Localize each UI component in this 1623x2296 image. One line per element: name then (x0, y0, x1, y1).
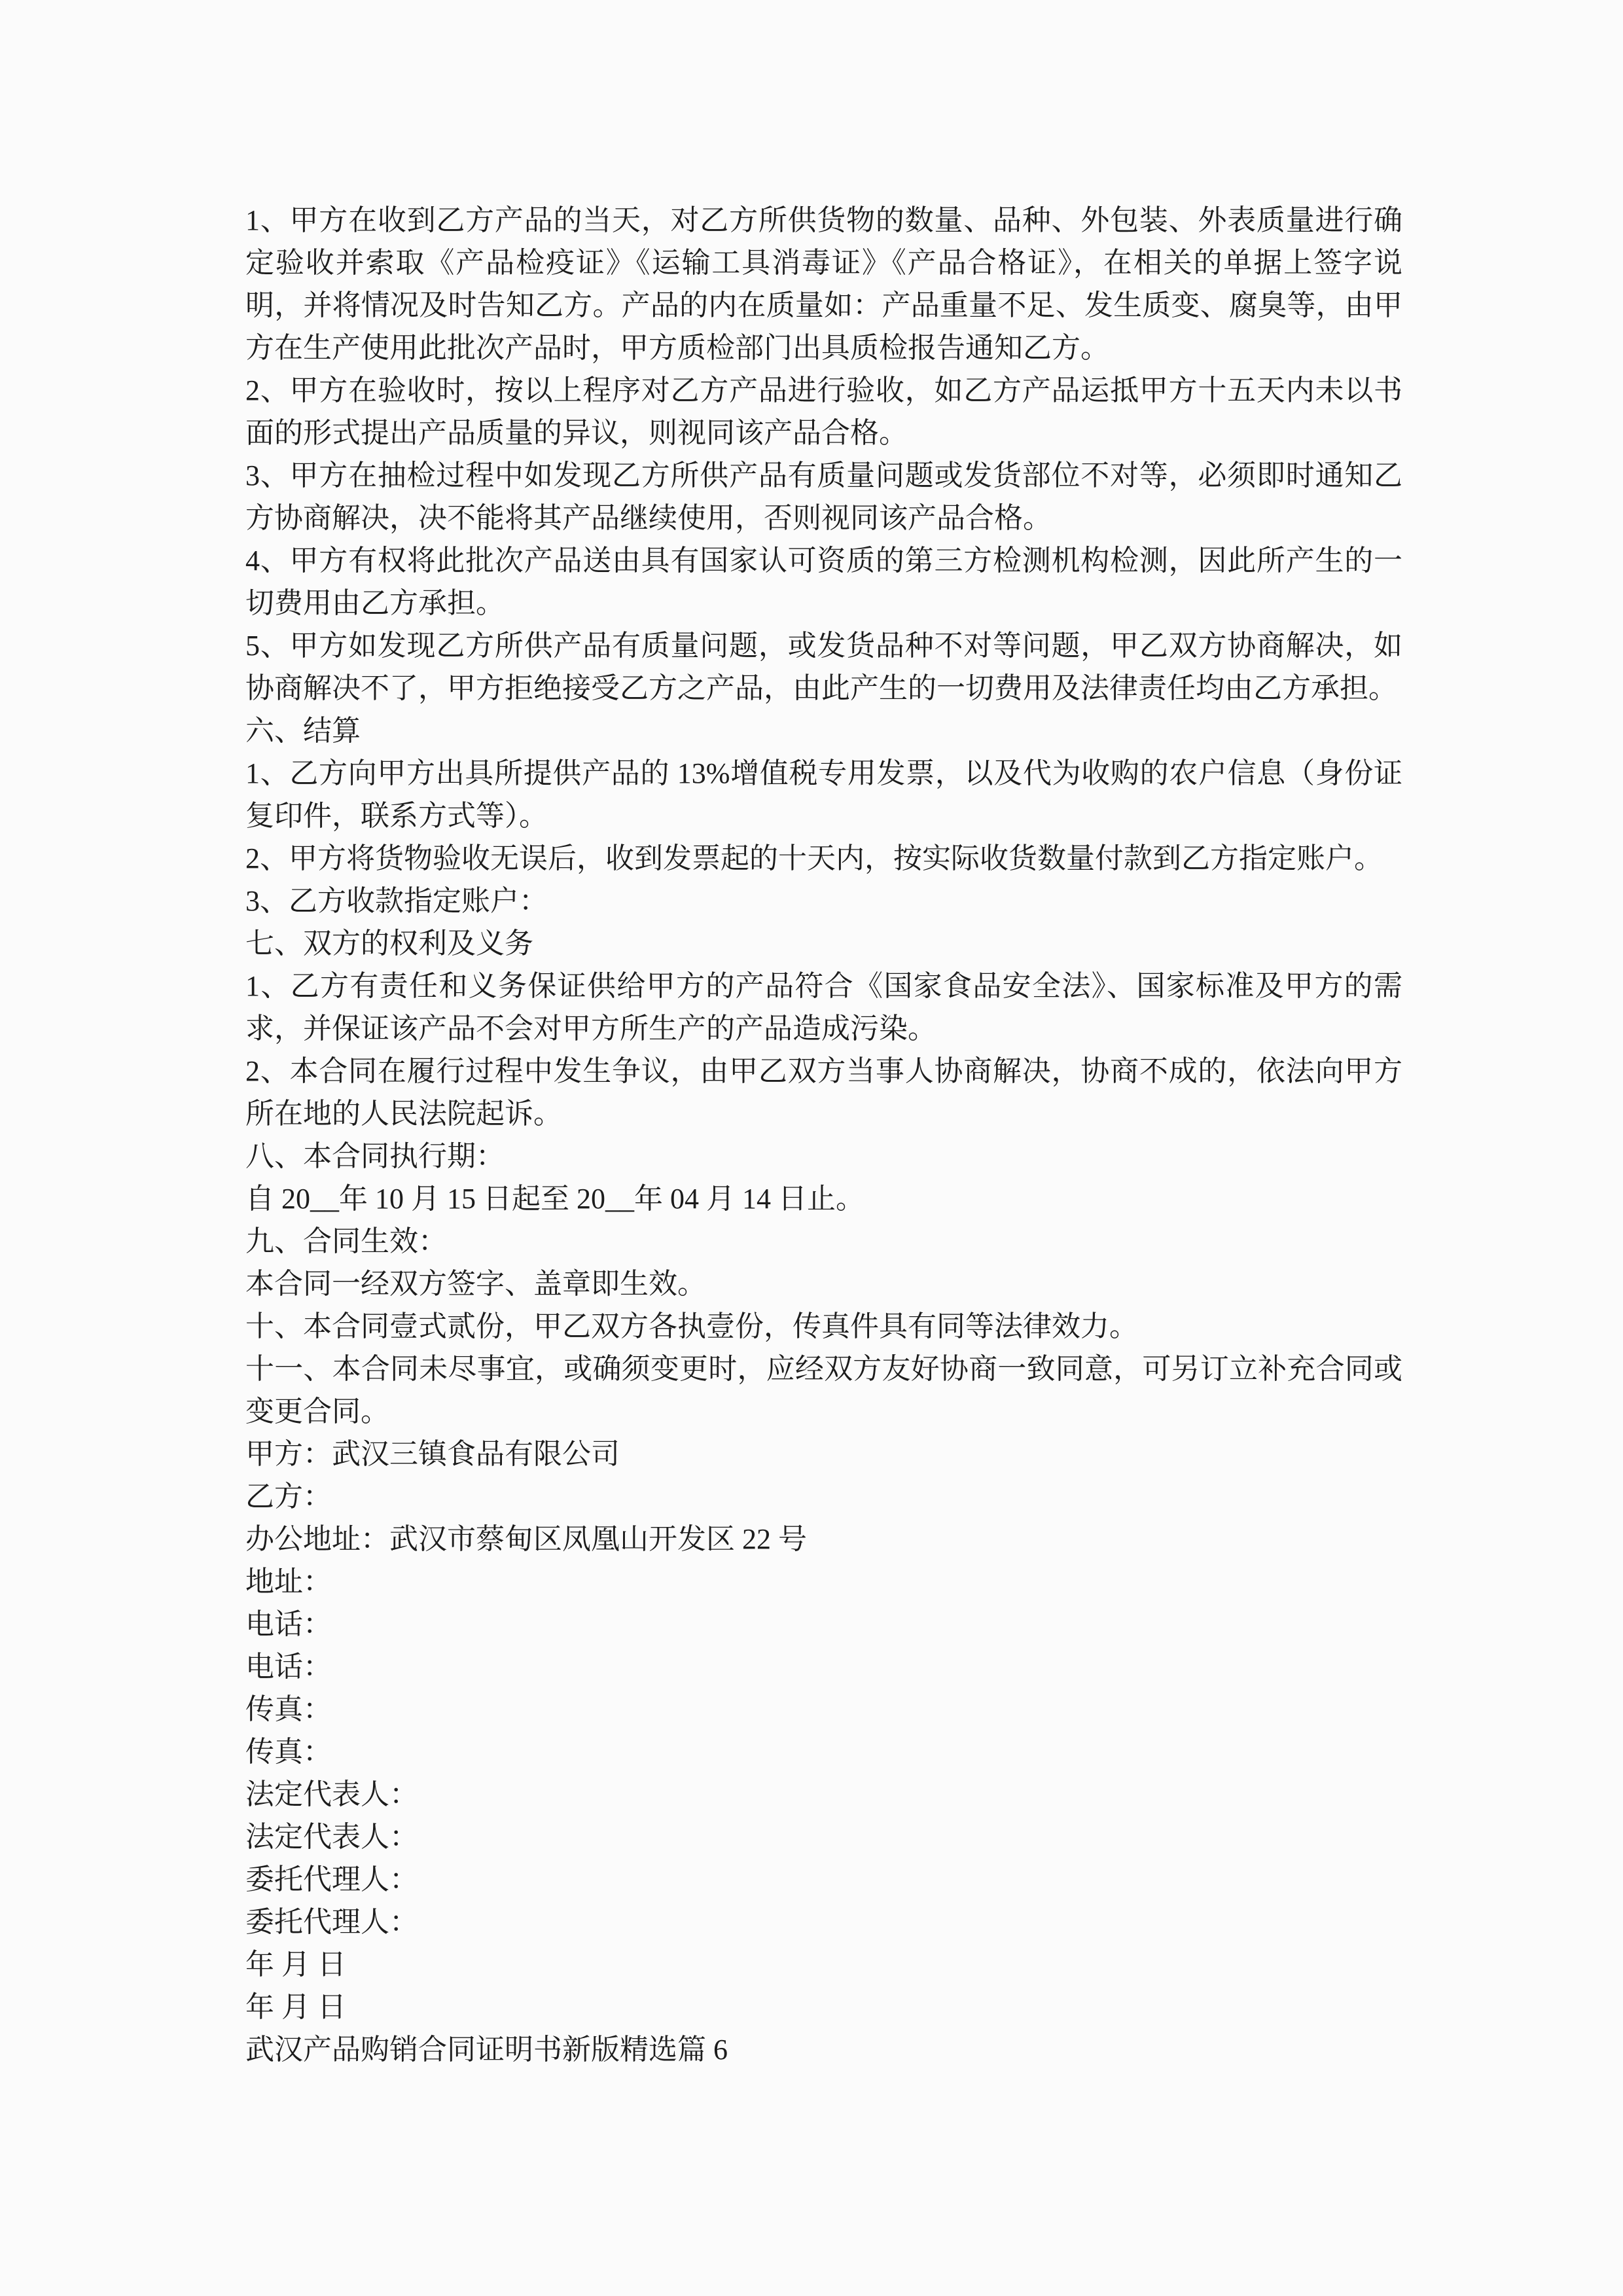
office-address-line: 办公地址：武汉市蔡甸区凤凰山开发区 22 号 (245, 1518, 1402, 1560)
clause-paragraph: 1、乙方有责任和义务保证供给甲方的产品符合《国家食品安全法》、国家标准及甲方的需… (245, 965, 1402, 1050)
clause-paragraph: 本合同一经双方签字、盖章即生效。 (245, 1263, 1402, 1305)
clause-paragraph: 3、乙方收款指定账户： (245, 880, 1402, 922)
clause-paragraph: 十、本合同壹式贰份，甲乙双方各执壹份，传真件具有同等法律效力。 (245, 1305, 1402, 1348)
clause-paragraph: 1、甲方在收到乙方产品的当天，对乙方所供货物的数量、品种、外包装、外表质量进行确… (245, 199, 1402, 369)
section-heading-rights-obligations: 七、双方的权利及义务 (245, 922, 1402, 965)
authorized-agent-line: 委托代理人： (245, 1901, 1402, 1943)
clause-paragraph: 1、乙方向甲方出具所提供产品的 13%增值税专用发票，以及代为收购的农户信息（身… (245, 752, 1402, 837)
legal-representative-line: 法定代表人： (245, 1773, 1402, 1816)
clause-paragraph: 5、甲方如发现乙方所供产品有质量问题，或发货品种不对等问题，甲乙双方协商解决，如… (245, 624, 1402, 709)
clause-paragraph: 2、甲方在验收时，按以上程序对乙方产品进行验收，如乙方产品运抵甲方十五天内未以书… (245, 369, 1402, 454)
clause-paragraph: 2、本合同在履行过程中发生争议，由甲乙双方当事人协商解决，协商不成的，依法向甲方… (245, 1050, 1402, 1135)
party-b-line: 乙方： (245, 1475, 1402, 1518)
fax-line: 传真： (245, 1688, 1402, 1731)
authorized-agent-line: 委托代理人： (245, 1858, 1402, 1901)
section-heading-settlement: 六、结算 (245, 709, 1402, 752)
section-heading-effectiveness: 九、合同生效： (245, 1220, 1402, 1263)
footer-title-line: 武汉产品购销合同证明书新版精选篇 6 (245, 2028, 1402, 2071)
date-line: 年 月 日 (245, 1943, 1402, 1986)
clause-paragraph: 2、甲方将货物验收无误后，收到发票起的十天内，按实际收货数量付款到乙方指定账户。 (245, 837, 1402, 880)
phone-line: 电话： (245, 1645, 1402, 1688)
fax-line: 传真： (245, 1731, 1402, 1773)
legal-representative-line: 法定代表人： (245, 1816, 1402, 1858)
clause-paragraph: 4、甲方有权将此批次产品送由具有国家认可资质的第三方检测机构检测，因此所产生的一… (245, 539, 1402, 624)
party-a-line: 甲方：武汉三镇食品有限公司 (245, 1433, 1402, 1475)
contract-body: 1、甲方在收到乙方产品的当天，对乙方所供货物的数量、品种、外包装、外表质量进行确… (245, 199, 1402, 2071)
clause-paragraph: 3、甲方在抽检过程中如发现乙方所供产品有质量问题或发货部位不对等，必须即时通知乙… (245, 454, 1402, 539)
phone-line: 电话： (245, 1603, 1402, 1645)
contract-term-dates-line: 自 20__年 10 月 15 日起至 20__年 04 月 14 日止。 (245, 1177, 1402, 1220)
section-heading-contract-term: 八、本合同执行期： (245, 1135, 1402, 1177)
address-line: 地址： (245, 1560, 1402, 1603)
clause-paragraph: 十一、本合同未尽事宜，或确须变更时，应经双方友好协商一致同意，可另订立补充合同或… (245, 1348, 1402, 1433)
document-page: 1、甲方在收到乙方产品的当天，对乙方所供货物的数量、品种、外包装、外表质量进行确… (0, 0, 1623, 2296)
date-line: 年 月 日 (245, 1986, 1402, 2028)
